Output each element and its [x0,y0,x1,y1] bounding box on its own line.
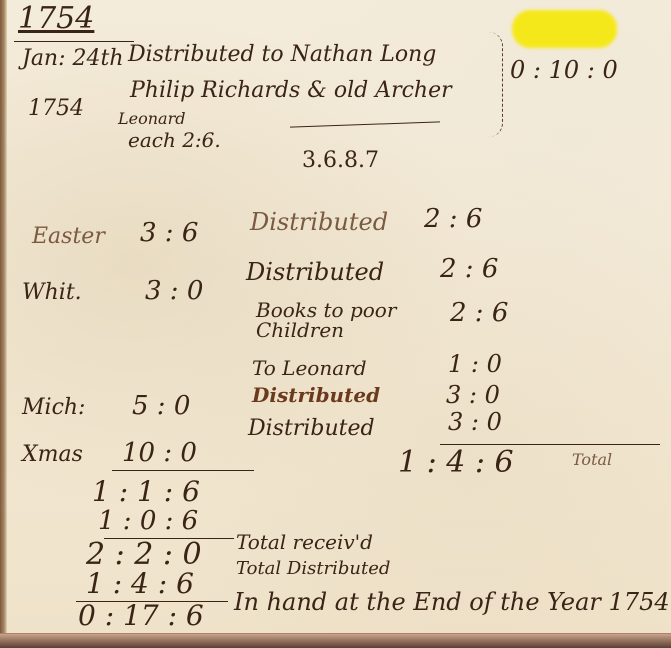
receipt-label-mich: Mich: [22,397,85,419]
receipt-label-whit: Whit. [22,282,82,304]
summary-amount-total-distributed: 1 : 4 : 6 [86,570,194,598]
entry-brace [488,32,503,137]
heading-rule [14,41,134,42]
page-bottom-edge [0,633,671,648]
summary-label-total-distributed: Total Distributed [236,560,390,578]
receipt-label-easter: Easter [32,226,105,248]
entry-date: Jan: 24th [22,48,124,70]
entry-dash-line [290,121,440,127]
ledger-page: 1754 Jan: 24th 1754 Distributed to Natha… [0,0,671,648]
reference-number: 3.6.8.7 [302,150,379,172]
receipt-amount-xmas: 10 : 0 [122,440,197,466]
disbursement-amount-1: 2 : 6 [424,206,482,232]
summary-amount-total-received: 2 : 2 : 0 [86,540,202,570]
summary-amount-in-hand: 0 : 17 : 6 [78,602,204,630]
disbursement-total-amount: 1 : 4 : 6 [398,448,514,478]
disbursement-label-4: To Leonard [252,358,367,378]
disbursement-amount-3: 2 : 6 [450,300,508,326]
receipt-amount-easter: 3 : 6 [140,220,198,246]
entry-text-line-4: each 2:6. [128,130,221,150]
receipts-sum-rule [112,470,254,471]
receipt-amount-whit: 3 : 0 [145,278,203,304]
summary-label-in-hand: In hand at the End of the Year 1754 [234,590,670,614]
disbursement-amount-6: 3 : 0 [448,410,502,434]
disbursement-label-1: Distributed [250,210,388,234]
summary-amount-1: 1 : 1 : 6 [92,478,200,506]
disbursement-amount-4: 1 : 0 [448,352,502,376]
disbursement-label-6: Distributed [248,418,375,440]
receipt-amount-mich: 5 : 0 [132,393,190,419]
disbursement-label-3: Books to poor Children [256,300,426,340]
entry-text-line-3: Leonard [118,111,185,127]
disbursement-label-5: Distributed [252,385,380,405]
receipt-label-xmas: Xmas [22,444,83,466]
entry-year: 1754 [28,98,84,120]
book-binding-edge [0,0,7,648]
disbursement-total-label: Total [572,452,612,468]
summary-amount-2: 1 : 0 : 6 [98,508,198,534]
disbursement-amount-2: 2 : 6 [440,256,498,282]
entry-text-line-1: Distributed to Nathan Long [128,44,436,66]
yellow-redaction-mark [512,10,617,48]
entry-text-line-2: Philip Richards & old Archer [130,80,452,102]
year-heading: 1754 [18,4,94,34]
entry-amount: 0 : 10 : 0 [510,58,618,82]
disbursement-label-2: Distributed [246,260,384,284]
summary-label-total-received: Total receiv'd [236,532,373,552]
disbursement-amount-5: 3 : 0 [446,383,500,407]
